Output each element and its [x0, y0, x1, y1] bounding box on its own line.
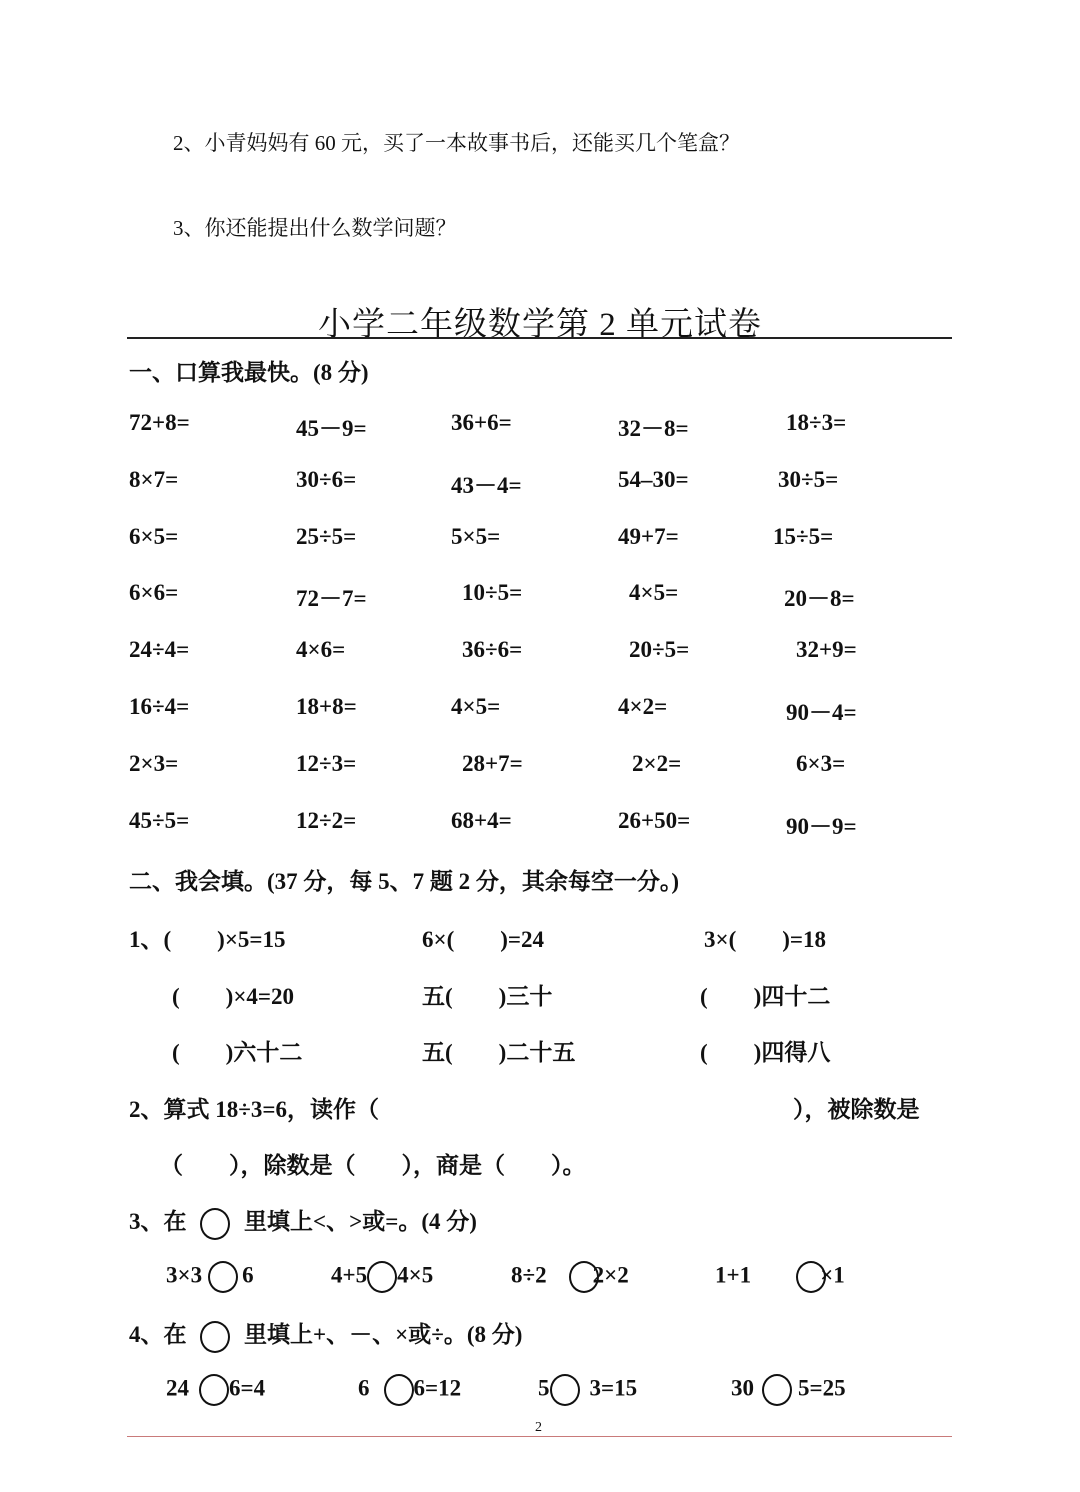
calc-item: 32－8=	[618, 410, 689, 443]
calc-item: 30÷5=	[778, 467, 838, 493]
fill-q1-r1-c2: 6×( )=24	[422, 921, 544, 954]
calc-item: 20－8=	[784, 580, 855, 613]
calc-item: 32+9=	[796, 637, 857, 663]
fill-q1-r3-c3: ( )四得八	[700, 1034, 830, 1067]
calc-item: 18+8=	[296, 694, 357, 720]
calc-item: 49+7=	[618, 524, 679, 550]
item-left: 4+5	[331, 1262, 367, 1287]
q3-prefix: 3、在	[129, 1209, 187, 1234]
calc-item: 12÷2=	[296, 808, 356, 834]
calc-item: 45－9=	[296, 410, 367, 443]
question-3-text: 3、你还能提出什么数学问题？	[173, 212, 457, 242]
calc-item: 36÷6=	[462, 637, 522, 663]
q3-suffix: 里填上<、>或=。(4 分)	[244, 1209, 477, 1234]
circle-fill-item: 53=15	[538, 1374, 637, 1406]
calc-item: 90－4=	[786, 694, 857, 727]
circle-fill-item: 1+1×1	[715, 1261, 845, 1293]
fill-q1-r3-c2: 五( )二十五	[422, 1034, 575, 1067]
calc-item: 8×7=	[129, 467, 178, 493]
fill-q4-instruction: 4、在 里填上+、－、×或÷。(8 分)	[129, 1316, 522, 1353]
calc-item: 6×5=	[129, 524, 178, 550]
calc-item: 28+7=	[462, 751, 523, 777]
answer-circle[interactable]	[384, 1374, 414, 1406]
item-left: 3×3	[166, 1262, 202, 1287]
calc-item: 18÷3=	[786, 410, 846, 436]
item-right: 6	[242, 1262, 254, 1287]
footer-divider	[127, 1436, 952, 1437]
fill-q1-r2-c2: 五( )三十	[422, 978, 552, 1011]
fill-q2-line2: （ ），除数是（ ），商是（ ）。	[160, 1147, 586, 1180]
fill-q1-r1-c1: 1、( )×5=15	[129, 921, 286, 954]
circle-fill-item: 66=12	[358, 1374, 461, 1406]
circle-fill-item: 3×36	[166, 1261, 254, 1293]
answer-circle[interactable]	[550, 1374, 580, 1406]
item-right: 6=12	[414, 1375, 462, 1400]
fill-q1-r2-c3: ( )四十二	[700, 978, 830, 1011]
q4-suffix: 里填上+、－、×或÷。(8 分)	[244, 1322, 522, 1347]
fill-q2-line1-right: ），被除数是	[793, 1091, 920, 1124]
page-number: 2	[535, 1420, 542, 1436]
item-left: 8÷2	[511, 1262, 547, 1287]
calc-item: 72－7=	[296, 580, 367, 613]
calc-item: 15÷5=	[773, 524, 833, 550]
fill-q2-line1-left: 2、算式 18÷3=6，读作（	[129, 1091, 379, 1124]
item-left: 30	[731, 1375, 754, 1400]
item-left: 1+1	[715, 1262, 751, 1287]
item-left: 5	[538, 1375, 550, 1400]
circle-fill-item: 305=25	[731, 1374, 846, 1406]
item-right: 4×5	[397, 1262, 433, 1287]
section-1-heading: 一、口算我最快。(8 分)	[129, 354, 369, 387]
answer-circle[interactable]	[762, 1374, 792, 1406]
fill-q1-r2-c1: ( )×4=20	[172, 978, 294, 1011]
circle-fill-item: 8÷22×2	[511, 1261, 629, 1293]
calc-item: 24÷4=	[129, 637, 189, 663]
calc-item: 72+8=	[129, 410, 190, 436]
calc-item: 10÷5=	[462, 580, 522, 606]
circle-icon	[200, 1208, 230, 1240]
item-right: 2×2	[593, 1262, 629, 1287]
circle-icon	[200, 1321, 230, 1353]
answer-circle[interactable]	[208, 1261, 238, 1293]
title-divider	[127, 337, 952, 339]
section-2-heading: 二、我会填。(37 分，每 5、7 题 2 分，其余每空一分。)	[129, 863, 679, 896]
item-right: 6=4	[229, 1375, 265, 1400]
circle-fill-item: 4+54×5	[331, 1261, 433, 1293]
item-right: 3=15	[590, 1375, 638, 1400]
calc-item: 4×5=	[629, 580, 678, 606]
calc-item: 6×3=	[796, 751, 845, 777]
item-left: 24	[166, 1375, 189, 1400]
calc-item: 16÷4=	[129, 694, 189, 720]
calc-item: 43－4=	[451, 467, 522, 500]
item-left: 6	[358, 1375, 370, 1400]
calc-item: 4×6=	[296, 637, 345, 663]
circle-fill-item: 246=4	[166, 1374, 265, 1406]
calc-item: 26+50=	[618, 808, 690, 834]
q4-prefix: 4、在	[129, 1322, 187, 1347]
calc-item: 25÷5=	[296, 524, 356, 550]
answer-circle[interactable]	[367, 1261, 397, 1293]
item-right: 5=25	[798, 1375, 846, 1400]
calc-item: 20÷5=	[629, 637, 689, 663]
calc-item: 4×5=	[451, 694, 500, 720]
calc-item: 45÷5=	[129, 808, 189, 834]
calc-item: 2×3=	[129, 751, 178, 777]
calc-item: 90－9=	[786, 808, 857, 841]
fill-q1-r3-c1: ( )六十二	[172, 1034, 302, 1067]
question-2-text: 2、小青妈妈有 60 元，买了一本故事书后，还能买几个笔盒？	[173, 127, 740, 157]
calc-item: 5×5=	[451, 524, 500, 550]
calc-item: 4×2=	[618, 694, 667, 720]
calc-item: 2×2=	[632, 751, 681, 777]
fill-q1-r1-c3: 3×( )=18	[704, 921, 826, 954]
calc-item: 54–30=	[618, 467, 689, 493]
calc-item: 6×6=	[129, 580, 178, 606]
calc-item: 36+6=	[451, 410, 512, 436]
calc-item: 12÷3=	[296, 751, 356, 777]
answer-circle[interactable]	[199, 1374, 229, 1406]
item-right: ×1	[820, 1262, 845, 1287]
fill-q3-instruction: 3、在 里填上<、>或=。(4 分)	[129, 1203, 477, 1240]
calc-item: 68+4=	[451, 808, 512, 834]
calc-item: 30÷6=	[296, 467, 356, 493]
